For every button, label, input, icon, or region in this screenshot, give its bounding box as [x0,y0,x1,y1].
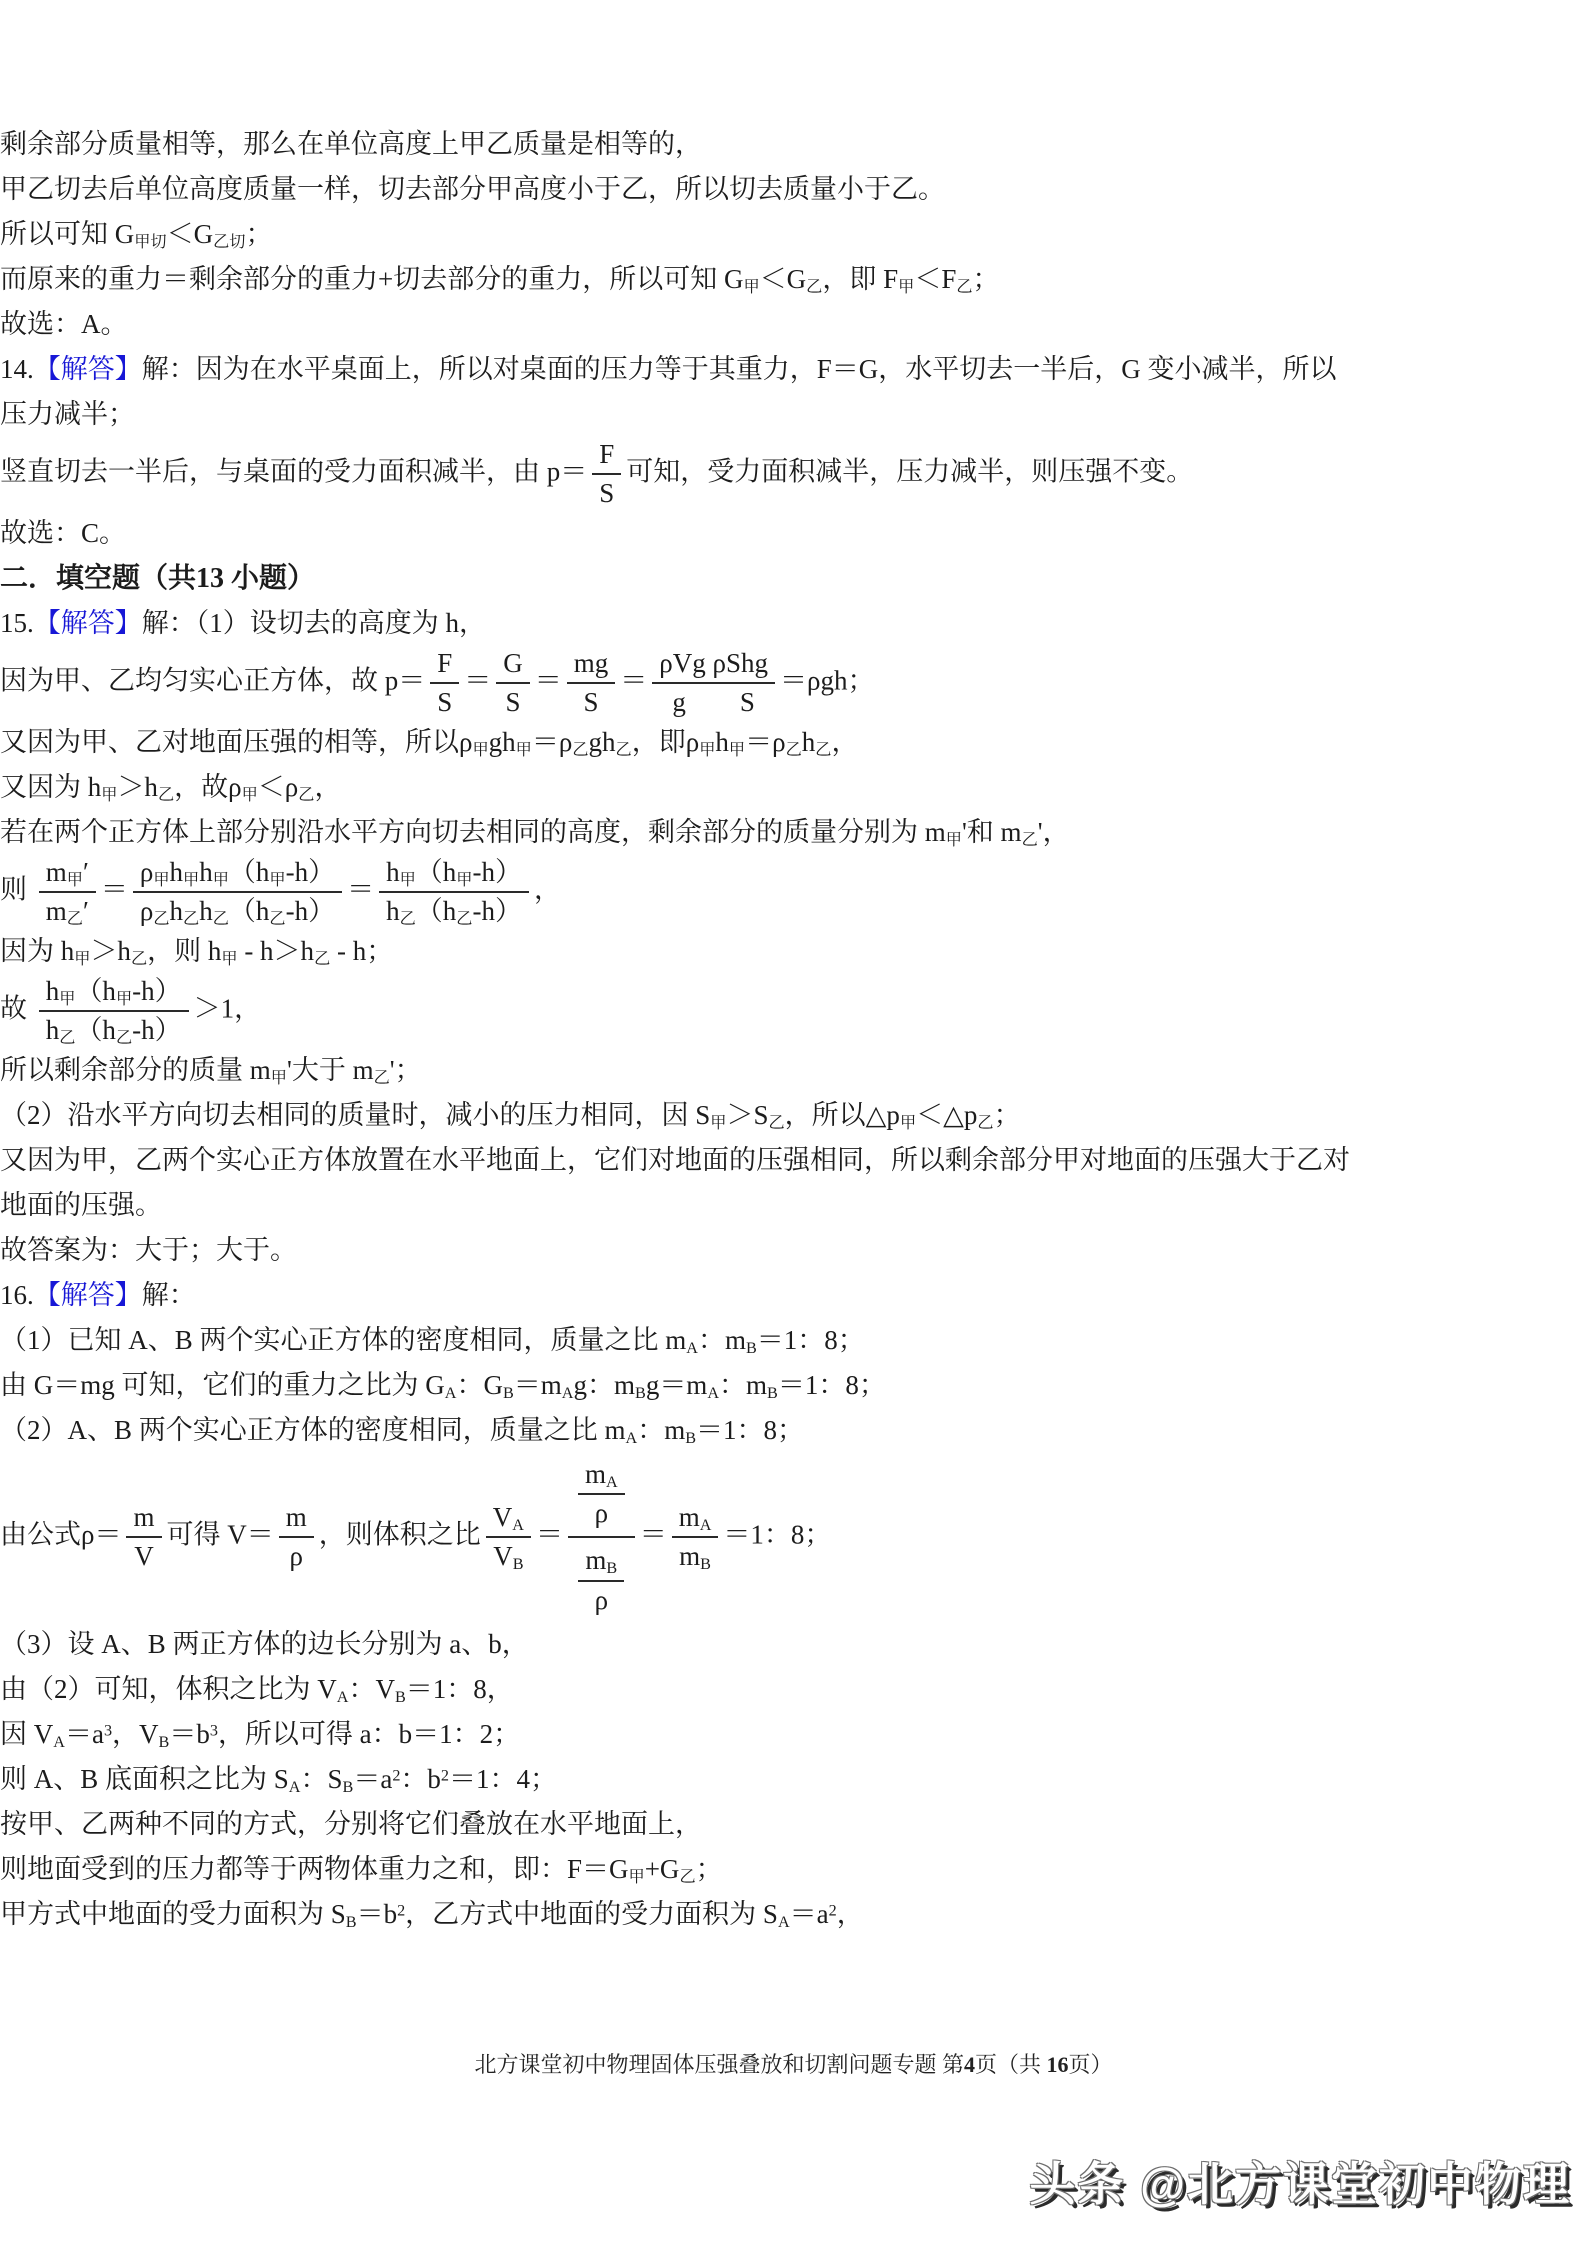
text-line: （2）沿水平方向切去相同的质量时，减小的压力相同，因 S甲＞S乙，所以△p甲＜△… [0,1093,1537,1138]
text-line: 若在两个正方体上部分别沿水平方向切去相同的高度，剩余部分的质量分别为 m甲'和 … [0,810,1537,855]
fraction: mAmB [672,1500,719,1574]
text-line: 剩余部分质量相等，那么在单位高度上甲乙质量是相等的， [0,122,1537,167]
text-line: 因为甲、乙均匀实心正方体，故 p＝FS＝GS＝mgS＝ρVg ρShgg S＝ρ… [0,646,1537,720]
fraction: h甲（h甲-h）h乙（h乙-h） [39,974,189,1048]
fraction: mgS [567,646,616,720]
fraction: mρ [279,1500,314,1574]
text-line: 故选：A。 [0,302,1537,347]
fraction: mBρ [578,1543,624,1617]
fraction: mV [126,1500,161,1574]
text-line: 竖直切去一半后，与桌面的受力面积减半，由 p＝FS可知，受力面积减半，压力减半，… [0,437,1537,511]
text-line: 又因为甲，乙两个实心正方体放置在水平地面上，它们对地面的压强相同，所以剩余部分甲… [0,1138,1537,1183]
text-line: （1）已知 A、B 两个实心正方体的密度相同，质量之比 mA：mB＝1：8； [0,1318,1537,1363]
text-line: 又因为 h甲＞h乙，故ρ甲＜ρ乙， [0,765,1537,810]
text-line: 故选：C。 [0,511,1537,556]
text-line: 由 G＝mg 可知，它们的重力之比为 GA：GB＝mAg：mBg＝mA：mB＝1… [0,1363,1537,1408]
text-line: 压力减半； [0,392,1537,437]
fraction: ρVg ρShgg S [652,646,775,720]
text-line: 按甲、乙两种不同的方式，分别将它们叠放在水平地面上， [0,1802,1537,1847]
text-line: （2）A、B 两个实心正方体的密度相同，质量之比 mA：mB＝1：8； [0,1408,1537,1453]
answer-label: 【解答】 [34,608,142,638]
fraction: h甲（h甲-h）h乙（h乙-h） [379,855,529,929]
text-line: 16.【解答】解： [0,1273,1537,1318]
text-line: 由（2）可知，体积之比为 VA：VB＝1：8， [0,1667,1537,1712]
text-line: （3）设 A、B 两正方体的边长分别为 a、b， [0,1622,1537,1667]
fraction: FS [430,646,459,720]
text-line: 14.【解答】解：因为在水平桌面上，所以对桌面的压力等于其重力，F＝G，水平切去… [0,347,1537,392]
text-line: 由公式ρ＝mV可得 V＝mρ，则体积之比VAVB＝mAρmBρ＝mAmB＝1：8… [0,1453,1537,1621]
section-heading: 二．填空题（共13 小题） [0,556,1537,601]
page-footer: 北方课堂初中物理固体压强叠放和切割问题专题 第4页（共 16页） [0,2048,1587,2079]
text-line: 甲方式中地面的受力面积为 SB＝b2，乙方式中地面的受力面积为 SA＝a2， [0,1892,1537,1937]
text-line: 则 m甲′m乙′＝ρ甲h甲h甲（h甲-h）ρ乙h乙h乙（h乙-h）＝h甲（h甲-… [0,855,1537,929]
fraction: GS [496,646,530,720]
fraction: mAρ [578,1457,625,1531]
text-line: 甲乙切去后单位高度质量一样，切去部分甲高度小于乙，所以切去质量小于乙。 [0,167,1537,212]
text-line: 所以可知 G甲切＜G乙切； [0,212,1537,257]
text-line: 则地面受到的压力都等于两物体重力之和，即：F＝G甲+G乙； [0,1847,1537,1892]
text-line: 15.【解答】解：（1）设切去的高度为 h， [0,601,1537,646]
fraction: VAVB [486,1500,531,1574]
text-line: 故答案为：大于；大于。 [0,1228,1537,1273]
text-line: 因 VA＝a3，VB＝b3，所以可得 a：b＝1：2； [0,1712,1537,1757]
fraction: mAρmBρ [568,1453,635,1621]
fraction: FS [592,437,621,511]
answer-label: 【解答】 [34,354,142,384]
document-page: 剩余部分质量相等，那么在单位高度上甲乙质量是相等的，甲乙切去后单位高度质量一样，… [0,0,1587,2245]
text-line: 所以剩余部分的质量 m甲'大于 m乙'； [0,1048,1537,1093]
text-line: 因为 h甲＞h乙，则 h甲 - h＞h乙 - h； [0,929,1537,974]
answer-label: 【解答】 [34,1280,142,1310]
text-line: 又因为甲、乙对地面压强的相等，所以ρ甲gh甲＝ρ乙gh乙，即ρ甲h甲＝ρ乙h乙， [0,720,1537,765]
fraction: m甲′m乙′ [39,855,96,929]
fraction: ρ甲h甲h甲（h甲-h）ρ乙h乙h乙（h乙-h） [133,855,342,929]
text-line: 地面的压强。 [0,1183,1537,1228]
document-body: 剩余部分质量相等，那么在单位高度上甲乙质量是相等的，甲乙切去后单位高度质量一样，… [0,0,1587,1937]
text-line: 则 A、B 底面积之比为 SA：SB＝a2：b2＝1：4； [0,1757,1537,1802]
text-line: 故 h甲（h甲-h）h乙（h乙-h）＞1， [0,974,1537,1048]
watermark: 头条 @北方课堂初中物理 [1029,2148,1571,2214]
text-line: 而原来的重力＝剩余部分的重力+切去部分的重力，所以可知 G甲＜G乙，即 F甲＜F… [0,257,1537,302]
